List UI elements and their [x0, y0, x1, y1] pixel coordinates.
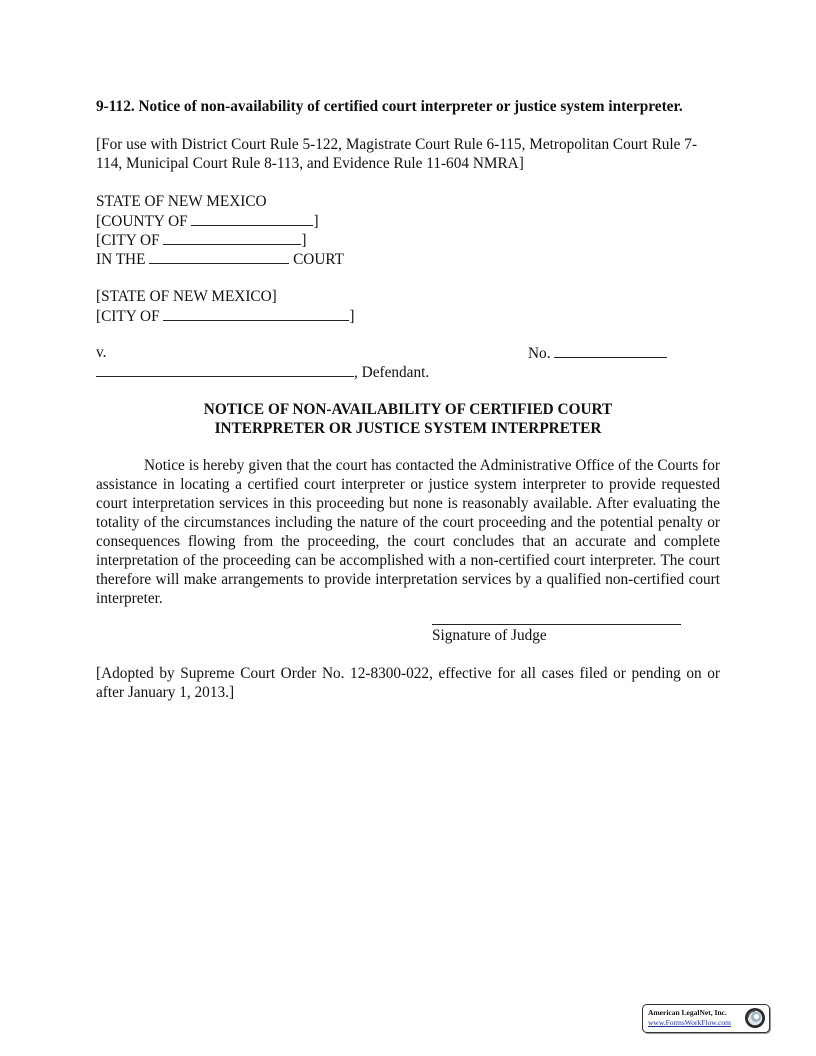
defendant-label: , Defendant. [354, 364, 429, 381]
globe-swirl-icon [744, 1007, 766, 1029]
caption-state: STATE OF NEW MEXICO [96, 192, 355, 211]
caption-county: [COUNTY OF ] [96, 211, 355, 230]
city-alt-field[interactable] [163, 306, 349, 321]
adopted-note: [Adopted by Supreme Court Order No. 12-8… [96, 664, 720, 702]
caption-city: [CITY OF ] [96, 230, 355, 249]
signature-label: Signature of Judge [432, 626, 547, 645]
notice-body: Notice is hereby given that the court ha… [96, 456, 720, 608]
judge-signature-line[interactable] [432, 624, 681, 625]
case-number-line: No. [528, 343, 667, 363]
county-field[interactable] [191, 211, 313, 226]
court-field[interactable] [149, 249, 289, 264]
document-page: 9-112. Notice of non-availability of cer… [0, 0, 816, 1056]
caption-state-alt: [STATE OF NEW MEXICO] [96, 287, 355, 306]
use-with-note: [For use with District Court Rule 5-122,… [96, 135, 720, 173]
city-field[interactable] [163, 230, 301, 245]
badge-company: American LegalNet, Inc. [648, 1008, 727, 1017]
case-caption: STATE OF NEW MEXICO [COUNTY OF ] [CITY O… [96, 192, 355, 325]
defendant-field[interactable] [96, 362, 354, 377]
notice-title: NOTICE OF NON-AVAILABILITY OF CERTIFIED … [96, 400, 720, 438]
rule-title: 9-112. Notice of non-availability of cer… [96, 97, 683, 116]
caption-court: IN THE COURT [96, 249, 355, 268]
caption-city-alt: [CITY OF ] [96, 306, 355, 325]
badge-url-link[interactable]: www.FormsWorkFlow.com [648, 1018, 731, 1027]
defendant-line: , Defendant. [96, 362, 429, 382]
versus-label: v. [96, 343, 106, 362]
case-number-label: No. [528, 345, 554, 362]
footer-badge[interactable]: American LegalNet, Inc. www.FormsWorkFlo… [642, 1004, 770, 1033]
case-number-field[interactable] [554, 343, 667, 358]
